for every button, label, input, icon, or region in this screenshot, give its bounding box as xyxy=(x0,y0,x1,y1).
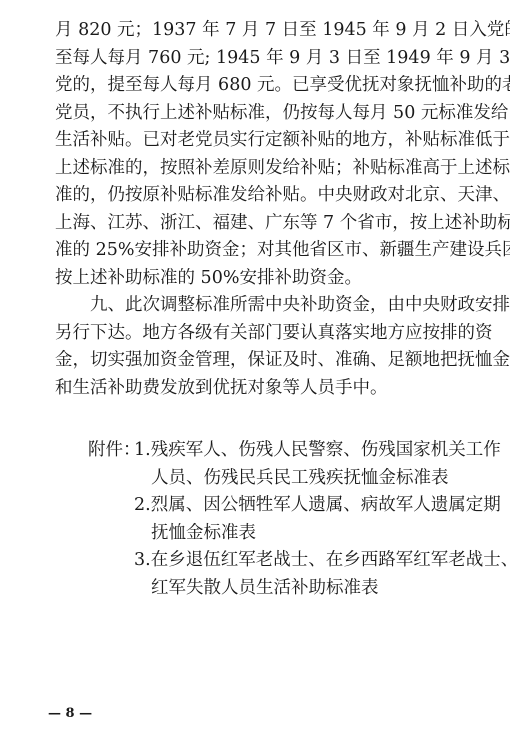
body-line: 上海、江苏、浙江、福建、广东等 7 个省市，按上述补助标 xyxy=(55,212,469,234)
attachment-item-3-cont: 红军失散人员生活补助标准表 xyxy=(151,577,379,599)
body-line: 至每人每月 760 元; 1945 年 9 月 3 日至 1949 年 9 月 … xyxy=(55,47,469,69)
attachment-item-2: 2.烈属、因公牺牲军人遗属、病故军人遗属定期 xyxy=(134,494,501,516)
attachment-item-1: 1.残疾军人、伤残人民警察、伤残国家机关工作 xyxy=(134,439,501,461)
body-line: 月 820 元；1937 年 7 月 7 日至 1945 年 9 月 2 日入党… xyxy=(55,19,469,41)
body-line: 党的，提至每人每月 680 元。已享受优抚对象抚恤补助的老 xyxy=(55,74,469,96)
body-line: 准的，仍按原补贴标准发给补贴。中央财政对北京、天津、 xyxy=(55,184,469,206)
attachment-item-1-cont: 人员、伤残民兵民工残疾抚恤金标准表 xyxy=(151,467,449,489)
body-line: 生活补贴。已对老党员实行定额补贴的地方，补贴标准低于 xyxy=(55,129,469,151)
page-number: — 8 — xyxy=(48,706,92,721)
body-line: 上述标准的，按照补差原则发给补贴；补贴标准高于上述标 xyxy=(55,157,469,179)
body-line: 九、此次调整标准所需中央补助资金，由中央财政安排， xyxy=(55,294,469,316)
body-line: 金，切实强加资金管理，保证及时、准确、足额地把抚恤金 xyxy=(55,349,469,371)
attachment-item-3: 3.在乡退伍红军老战士、在乡西路军红军老战士、 xyxy=(134,549,510,571)
body-line: 党员，不执行上述补贴标准，仍按每人每月 50 元标准发给 xyxy=(55,102,469,124)
body-line: 和生活补助费发放到优抚对象等人员手中。 xyxy=(55,377,469,399)
attachment-item-2-cont: 抚恤金标准表 xyxy=(151,522,256,544)
body-line: 按上述补助标准的 50%安排补助资金。 xyxy=(55,267,469,289)
attachments-label: 附件： xyxy=(88,439,141,461)
body-line: 准的 25%安排补助资金；对其他省区市、新疆生产建设兵团 xyxy=(55,239,469,261)
body-line: 另行下达。地方各级有关部门要认真落实地方应按排的资 xyxy=(55,322,469,344)
